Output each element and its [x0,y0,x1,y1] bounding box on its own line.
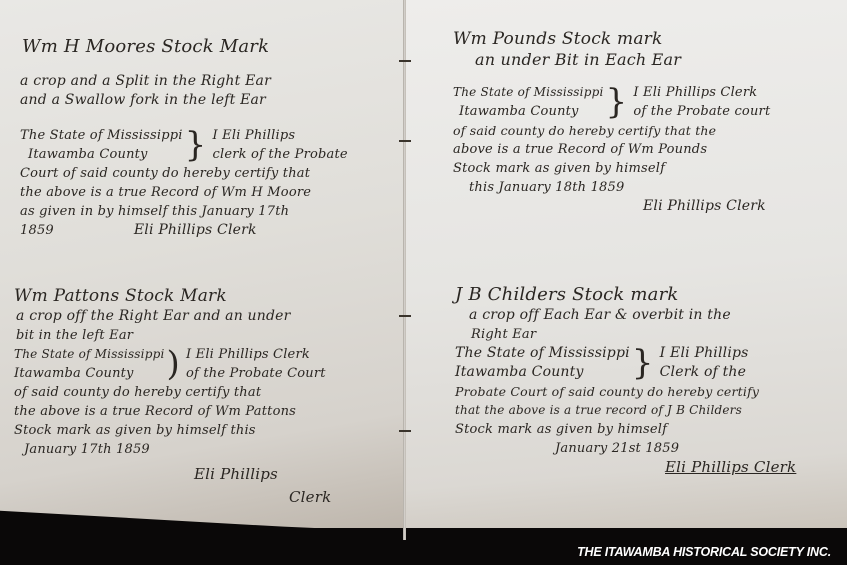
stock-mark-entry-patton: Wm Pattons Stock Mark a crop off the Rig… [14,285,331,507]
certification-body-line: Probate Court of said county do hereby c… [455,382,796,401]
stock-mark-entry-pounds: Wm Pounds Stock mark an under Bit in Eac… [453,28,770,216]
society-watermark: THE ITAWAMBA HISTORICAL SOCIETY INC. [577,545,831,559]
clerk-title: Clerk of the [660,363,749,382]
state-label: The State of Mississippi [14,345,165,364]
entry-title: Wm H Moores Stock Mark [22,36,348,58]
certification-body-line: above is a true Record of Wm Pounds [453,140,770,159]
state-label: The State of Mississippi [455,344,630,363]
county-label: Itawamba County [455,363,630,382]
entry-year: 1859 [20,221,54,240]
certification-header: The State of Mississippi Itawamba County… [14,345,331,383]
certification-body-line: of said county do hereby certify that [14,383,331,402]
entry-title: Wm Pounds Stock mark [453,28,770,50]
right-page: Wm Pounds Stock mark an under Bit in Eac… [403,0,847,538]
clerk-title: of the Probate Court [186,364,326,383]
certification-body-line: Stock mark as given by himself this [14,421,331,440]
brace-glyph: } [185,126,207,164]
certification-body-line: Stock mark as given by himself [455,420,796,439]
entry-title: Wm Pattons Stock Mark [14,285,331,307]
clerk-name: I Eli Phillips [660,344,749,363]
left-page: Wm H Moores Stock Mark a crop and a Spli… [0,0,405,532]
certification-body-line: the above is a true Record of Wm H Moore [20,183,348,202]
certification-header: The State of Mississippi Itawamba County… [20,126,348,164]
certification-body-line: the above is a true Record of Wm Pattons [14,402,331,421]
county-label: Itawamba County [14,364,165,383]
certification-header: The State of Mississippi Itawamba County… [453,83,770,121]
entry-date: January 21st 1859 [455,439,796,458]
certification-body-line: this January 18th 1859 [453,178,770,197]
brace-glyph: ) [167,345,180,383]
county-label: Itawamba County [453,102,604,121]
stock-mark-entry-childers: J B Childers Stock mark a crop off Each … [455,284,796,477]
clerk-name: I Eli Phillips [213,126,348,145]
entry-description-line: an under Bit in Each Ear [453,50,770,69]
clerk-name: I Eli Phillips Clerk [633,83,770,102]
book-gutter [403,0,406,540]
clerk-signature-title: Clerk [14,488,331,507]
ledger-photograph: Wm H Moores Stock Mark a crop and a Spli… [0,0,847,565]
entry-description-line: a crop and a Split in the Right Ear [20,72,348,91]
entry-description-line: and a Swallow fork in the left Ear [20,91,348,110]
certification-header: The State of Mississippi Itawamba County… [455,344,796,382]
clerk-title: clerk of the Probate [213,145,348,164]
clerk-signature: Eli Phillips Clerk [134,221,257,240]
entry-date: January 17th 1859 [14,440,331,459]
clerk-name: I Eli Phillips Clerk [186,345,326,364]
certification-body-line: Court of said county do hereby certify t… [20,164,348,183]
brace-glyph: } [606,83,628,121]
binding-stitch [399,140,411,142]
binding-stitch [399,430,411,432]
clerk-signature: Eli Phillips Clerk [455,458,796,477]
state-label: The State of Mississippi [453,83,604,102]
clerk-signature: Eli Phillips Clerk [453,197,770,216]
brace-glyph: } [632,344,654,382]
entry-description-line: bit in the left Ear [14,326,331,345]
binding-stitch [399,315,411,317]
certification-body-line: as given in by himself this January 17th [20,202,348,221]
entry-description-line: Right Ear [455,325,796,344]
stock-mark-entry-moore: Wm H Moores Stock Mark a crop and a Spli… [20,36,348,240]
clerk-title: of the Probate court [633,102,770,121]
certification-body-line: that the above is a true record of J B C… [455,401,796,420]
clerk-signature: Eli Phillips [14,465,331,484]
certification-body-line: Stock mark as given by himself [453,159,770,178]
certification-body-line: of said county do hereby certify that th… [453,121,770,140]
county-label: Itawamba County [20,145,183,164]
entry-title: J B Childers Stock mark [455,284,796,306]
entry-description-line: a crop off Each Ear & overbit in the [455,306,796,325]
binding-stitch [399,60,411,62]
entry-description-line: a crop off the Right Ear and an under [14,307,331,326]
state-label: The State of Mississippi [20,126,183,145]
